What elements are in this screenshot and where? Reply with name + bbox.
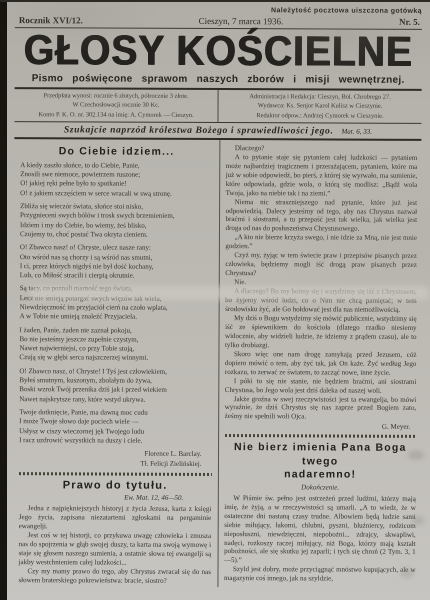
poem-attribution: Florence L. Barclay. Tł. Felicji Zielińs…: [19, 449, 212, 469]
scanned-newspaper-page: Należytość pocztowa uiszczona gotówką Ro…: [0, 0, 430, 600]
scan-edge-left: [0, 0, 7, 600]
poem-stanza: Twoje dotknięcie, Panie, ma dawną moc cu…: [19, 408, 212, 446]
paragraph: Skoro więc one nam drogę zamykają przed …: [225, 350, 417, 378]
article-title-left: Prawo do tytułu.: [19, 479, 212, 492]
poem-stanza: I żaden, Panie, żaden nie zaznał pokoju,…: [19, 326, 212, 364]
poem-stanza: O! Zbawco nasz! o! Chryste, ulecz nasze …: [20, 243, 213, 281]
paragraph: W Piśmie św. pełno jest ostrzeżeń przed …: [224, 494, 416, 566]
poem-stanza: A kiedy zaszło słońce, to do Ciebie, Pan…: [20, 161, 213, 199]
motto-text: Szukajcie naprzód królestwa Bożego i spr…: [64, 124, 334, 136]
paragraph: Szyld jest dobry, może przyciągnąć mnóst…: [224, 565, 416, 584]
poem-stanza: Są tacy, co poznali marność tego świata,…: [20, 285, 213, 323]
poem-title: Do Ciebie idziem...: [20, 145, 213, 158]
scripture-epigraph: Ew. Mat. 12, 46—50.: [19, 493, 212, 502]
paragraph: My dziś o Bogu wstydzimy się mówić publi…: [225, 314, 417, 351]
dateline-row: Rocznik XVI/12. Cieszyn, 7 marca 1936. N…: [19, 15, 420, 27]
paragraph: Jedna z najpiękniejszych historyj z życi…: [19, 504, 212, 532]
poem-stanza: Zbliża się wieczór świata, słońce stoi n…: [20, 202, 213, 240]
article-title-line2: nadaremno!: [224, 468, 416, 482]
page-title: GŁOSY KOŚCIELNE: [7, 30, 430, 74]
paragraph: A dlaczego? Bo my boimy się i wstydzimy …: [225, 287, 417, 315]
postal-notice: Należytość pocztowa uiszczona gotówką: [7, 6, 422, 15]
dateline: Cieszyn, 7 marca 1936.: [199, 16, 284, 26]
paragraph: — Jakże ciężko przychodzi nam się przyzr…: [18, 585, 211, 588]
motto: Szukajcie naprzód królestwa Bożego i spr…: [14, 124, 421, 137]
paragraph: Czy my mamy prawo do tego, aby Chrystus …: [18, 567, 211, 586]
scan-edge-top: [0, 0, 430, 2]
motto-reference: Mat. 6, 33.: [341, 127, 372, 135]
volume-label: Rocznik XVI/12.: [19, 15, 83, 25]
right-column: Dlaczego? A to pytanie staje się pytanie…: [217, 140, 423, 588]
section-divider: [19, 472, 212, 476]
paragraph: Niema nic straszniejszego nad pytanie, k…: [225, 198, 417, 235]
body-columns: Do Ciebie idziem... A kiedy zaszło słońc…: [12, 139, 423, 588]
subscription-info: Przedpłata wynosi: rocznie 6 złotych, pó…: [14, 89, 218, 122]
paragraph: Jest coś w tej historji, co przykuwa uwa…: [19, 531, 212, 568]
paragraph: „A kto nie bierze krzyża swego, i nie id…: [225, 233, 417, 252]
poem-stanza: O! Zbawco nasz, o! Chryste! I Tyś jest c…: [19, 367, 212, 405]
paragraph: Czyż my, żyjąc w tem świecie praw i prze…: [225, 251, 417, 279]
issue-number: Nr. 5.: [399, 17, 420, 27]
article-title-right: Nie bierz imienia Pana Boga twego nadare…: [224, 441, 416, 481]
article-title-line1: Nie bierz imienia Pana Boga twego: [224, 441, 416, 468]
paper: Należytość pocztowa uiszczona gotówką Ro…: [7, 0, 430, 600]
paragraph: Jakże groźna w swej rzeczywistości jest …: [225, 395, 417, 423]
section-divider: [225, 434, 417, 438]
page-content: Należytość pocztowa uiszczona gotówką Ro…: [4, 0, 430, 588]
left-column: Do Ciebie idziem... A kiedy zaszło słońc…: [12, 139, 218, 587]
author-signature: G. Meyer.: [225, 422, 417, 431]
administration-info: Administracja i Redakcja: Cieszyn, Bol. …: [218, 90, 421, 123]
paragraph: I póki to się nie stanie, nie będziem br…: [225, 377, 417, 396]
imprint-row: Przedpłata wynosi: rocznie 6 złotych, pó…: [14, 89, 421, 123]
paragraph: A to pytanie staje się pytaniem całej lu…: [226, 153, 418, 199]
article-subtitle: Dokończenie.: [224, 483, 416, 492]
